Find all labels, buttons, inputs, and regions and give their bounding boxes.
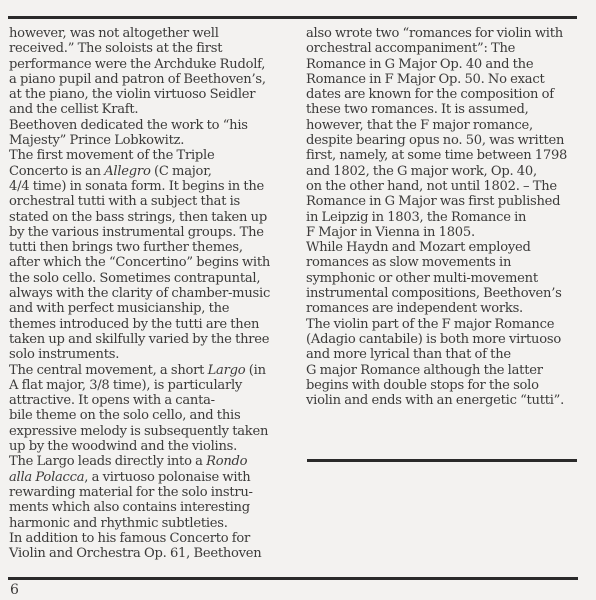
italic-term-allegro: Allegro: [104, 164, 150, 179]
text-segment: (C major,: [151, 164, 212, 179]
text-line: instrumental compositions, Beethoven’s: [306, 286, 586, 301]
text-line: violin and ends with an energetic “tutti…: [306, 393, 586, 408]
text-line: taken up and skilfully varied by the thr…: [9, 332, 299, 347]
text-line: alla Polacca, a virtuoso polonaise with: [9, 470, 299, 485]
text-line: begins with double stops for the solo: [306, 378, 586, 393]
left-column: however, was not altogether well receive…: [9, 26, 299, 561]
text-segment: The Largo leads directly into a: [9, 454, 206, 469]
text-line: however, that the F major romance,: [306, 118, 586, 133]
text-line: The central movement, a short Largo (in: [9, 363, 299, 378]
text-line: Romance in G Major Op. 40 and the: [306, 57, 586, 72]
text-line: Majesty” Prince Lobkowitz.: [9, 133, 299, 148]
text-line: a piano pupil and patron of Beethoven’s,: [9, 72, 299, 87]
text-line: these two romances. It is assumed,: [306, 102, 586, 117]
text-line: The first movement of the Triple: [9, 148, 299, 163]
page-number: 6: [10, 582, 19, 598]
text-line: by the various instrumental groups. The: [9, 225, 299, 240]
text-line: the solo cello. Sometimes contrapuntal,: [9, 271, 299, 286]
text-segment: The central movement, a short: [9, 363, 208, 378]
text-line: In addition to his famous Concerto for: [9, 531, 299, 546]
text-line: rewarding material for the solo instru-: [9, 485, 299, 500]
text-line: romances as slow movements in: [306, 255, 586, 270]
text-line: orchestral tutti with a subject that is: [9, 194, 299, 209]
bottom-rule: [8, 577, 578, 580]
text-line: first, namely, at some time between 1798: [306, 148, 586, 163]
text-line: F Major in Vienna in 1805.: [306, 225, 586, 240]
text-line: Concerto is an Allegro (C major,: [9, 164, 299, 179]
italic-term-rondo: Rondo: [206, 454, 247, 469]
text-line: ments which also contains interesting: [9, 500, 299, 515]
text-line: The Largo leads directly into a Rondo: [9, 454, 299, 469]
text-line: orchestral accompaniment”: The: [306, 41, 586, 56]
text-segment: Concerto is an: [9, 164, 104, 179]
text-line: (Adagio cantabile) is both more virtuoso: [306, 332, 586, 347]
text-line: While Haydn and Mozart employed: [306, 240, 586, 255]
text-line: received.” The soloists at the first: [9, 41, 299, 56]
text-line: solo instruments.: [9, 347, 299, 362]
text-line: Romance in F Major Op. 50. No exact: [306, 72, 586, 87]
section-end-rule: [307, 459, 577, 462]
text-line: themes introduced by the tutti are then: [9, 317, 299, 332]
text-line: at the piano, the violin virtuoso Seidle…: [9, 87, 299, 102]
text-line: and with perfect musicianship, the: [9, 301, 299, 316]
text-line: always with the clarity of chamber-music: [9, 286, 299, 301]
text-line: harmonic and rhythmic subtleties.: [9, 516, 299, 531]
text-line: dates are known for the composition of: [306, 87, 586, 102]
text-line: A flat major, 3/8 time), is particularly: [9, 378, 299, 393]
text-line: and the cellist Kraft.: [9, 102, 299, 117]
text-line: however, was not altogether well: [9, 26, 299, 41]
text-line: tutti then brings two further themes,: [9, 240, 299, 255]
italic-term-alla-polacca: alla Polacca: [9, 470, 84, 485]
text-line: G major Romance although the latter: [306, 363, 586, 378]
text-line: romances are independent works.: [306, 301, 586, 316]
text-line: in Leipzig in 1803, the Romance in: [306, 210, 586, 225]
text-line: The violin part of the F major Romance: [306, 317, 586, 332]
text-line: expressive melody is subsequently taken: [9, 424, 299, 439]
text-line: Beethoven dedicated the work to “his: [9, 118, 299, 133]
text-line: bile theme on the solo cello, and this: [9, 408, 299, 423]
text-line: on the other hand, not until 1802. – The: [306, 179, 586, 194]
italic-term-largo: Largo: [208, 363, 246, 378]
text-line: stated on the bass strings, then taken u…: [9, 210, 299, 225]
text-line: also wrote two “romances for violin with: [306, 26, 586, 41]
text-line: symphonic or other multi-movement: [306, 271, 586, 286]
text-line: after which the “Concertino” begins with: [9, 255, 299, 270]
text-segment: , a virtuoso polonaise with: [84, 470, 250, 485]
right-column: also wrote two “romances for violin with…: [306, 26, 586, 408]
text-line: up by the woodwind and the violins.: [9, 439, 299, 454]
text-line: despite bearing opus no. 50, was written: [306, 133, 586, 148]
text-line: and 1802, the G major work, Op. 40,: [306, 164, 586, 179]
text-line: attractive. It opens with a canta-: [9, 393, 299, 408]
top-rule: [8, 16, 577, 19]
text-segment: (in: [245, 363, 265, 378]
text-line: and more lyrical than that of the: [306, 347, 586, 362]
text-line: Romance in G Major was first published: [306, 194, 586, 209]
text-line: performance were the Archduke Rudolf,: [9, 57, 299, 72]
text-line: 4/4 time) in sonata form. It begins in t…: [9, 179, 299, 194]
text-line: Violin and Orchestra Op. 61, Beethoven: [9, 546, 299, 561]
